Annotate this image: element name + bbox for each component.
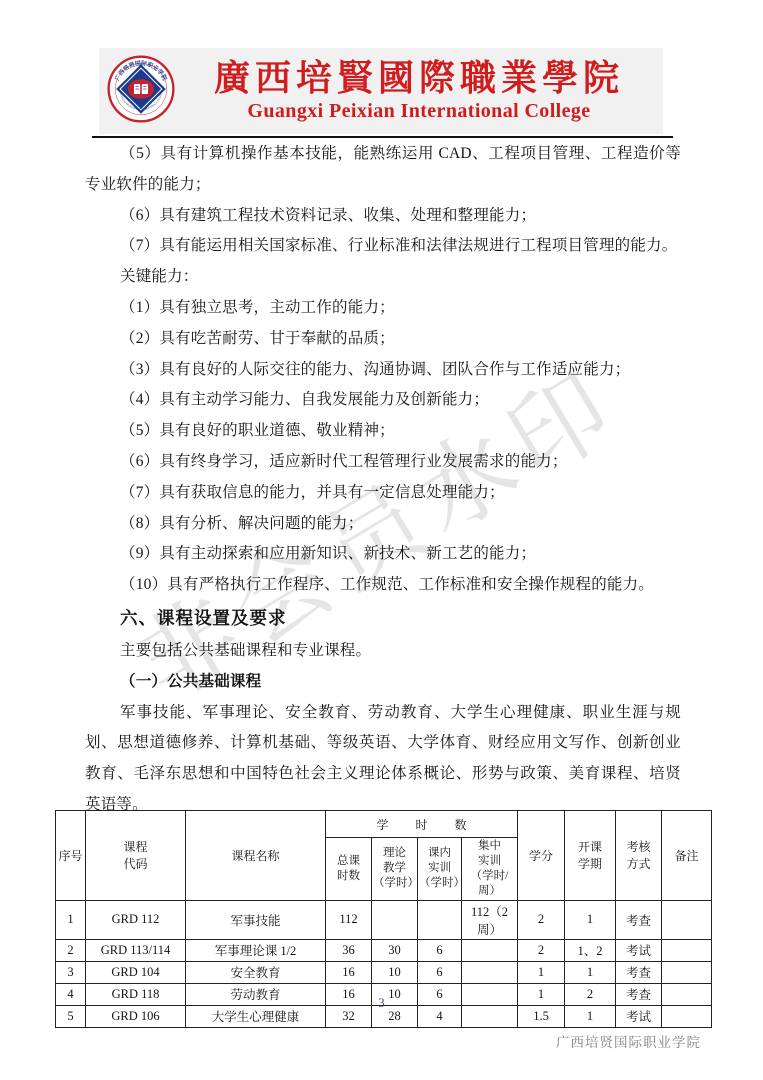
table-cell: 军事技能 xyxy=(186,900,326,939)
table-cell xyxy=(372,900,418,939)
table-cell: 10 xyxy=(372,961,418,983)
col-header-remarks: 备注 xyxy=(662,811,712,901)
table-cell: 2 xyxy=(518,939,565,961)
table-cell: GRD 113/114 xyxy=(86,939,186,961)
paragraph: （5）具有良好的职业道德、敬业精神； xyxy=(85,416,681,447)
body-text: （5）具有计算机操作基本技能，能熟练运用 CAD、工程项目管理、工程造价等专业软… xyxy=(85,139,681,852)
college-logo: 广西培贤国际职业学院 GUANGXI PEIXIAN INTERNATIONAL… xyxy=(107,55,175,128)
col-header-total-hours: 总课 时数 xyxy=(326,838,372,901)
col-header-concentrated-hours: 集中 实训 （学时/周） xyxy=(462,838,518,901)
table-cell: 112（2 周） xyxy=(462,900,518,939)
table-cell: 16 xyxy=(326,961,372,983)
paragraph: （9）具有主动探索和应用新知识、新技术、新工艺的能力； xyxy=(85,539,681,570)
paragraph: 主要包括公共基础课程和专业课程。 xyxy=(85,636,681,667)
paragraph: 六、课程设置及要求 xyxy=(85,601,681,636)
document-page: { "header": { "title_cn": "廣西培賢國際職業學院", … xyxy=(0,0,763,1080)
paragraph: （4）具有主动学习能力、自我发展能力及创新能力； xyxy=(85,385,681,416)
col-header-seq: 序号 xyxy=(56,811,86,901)
paragraph: （7）具有能运用相关国家标准、行业标准和法律法规进行工程项目管理的能力。 xyxy=(85,231,681,262)
paragraph: （一）公共基础课程 xyxy=(85,667,681,698)
paragraph: （8）具有分析、解决问题的能力； xyxy=(85,509,681,540)
paragraph: （6）具有建筑工程技术资料记录、收集、处理和整理能力； xyxy=(85,201,681,232)
paragraph: （7）具有获取信息的能力，并具有一定信息处理能力； xyxy=(85,478,681,509)
table-cell: 3 xyxy=(56,961,86,983)
table-cell: 6 xyxy=(418,939,462,961)
col-header-theory-hours: 理论 教学 （学时） xyxy=(372,838,418,901)
table-cell: 安全教育 xyxy=(186,961,326,983)
table-cell: 考查 xyxy=(616,961,662,983)
col-header-name: 课程名称 xyxy=(186,811,326,901)
table-cell: 112 xyxy=(326,900,372,939)
table-cell: GRD 104 xyxy=(86,961,186,983)
table-cell: 军事理论课 1/2 xyxy=(186,939,326,961)
table-cell xyxy=(662,961,712,983)
college-seal-icon: 广西培贤国际职业学院 GUANGXI PEIXIAN INTERNATIONAL… xyxy=(107,55,175,123)
table-cell xyxy=(662,900,712,939)
paragraph: （6）具有终身学习，适应新时代工程管理行业发展需求的能力； xyxy=(85,447,681,478)
table-row: 1GRD 112军事技能112112（2 周）21考查 xyxy=(56,900,712,939)
table-cell: GRD 112 xyxy=(86,900,186,939)
table-cell: 1 xyxy=(565,961,616,983)
paragraph: （2）具有吃苦耐劳、甘于奉献的品质； xyxy=(85,324,681,355)
paragraph: （10）具有严格执行工作程序、工作规范、工作标准和安全操作规程的能力。 xyxy=(85,570,681,601)
college-titles: 廣西培賢國際職業學院 Guangxi Peixian International… xyxy=(175,57,663,125)
paragraph: （3）具有良好的人际交往的能力、沟通协调、团队合作与工作适应能力； xyxy=(85,355,681,386)
col-header-assessment: 考核 方式 xyxy=(616,811,662,901)
table-cell: 1 xyxy=(565,900,616,939)
paragraph: 军事技能、军事理论、安全教育、劳动教育、大学生心理健康、职业生涯与规划、思想道德… xyxy=(85,698,681,821)
col-header-credits: 学分 xyxy=(518,811,565,901)
table-cell: 2 xyxy=(56,939,86,961)
table-cell: 1 xyxy=(56,900,86,939)
table-cell xyxy=(462,939,518,961)
col-header-hours-group: 学 时 数 xyxy=(326,811,518,838)
paragraph: （5）具有计算机操作基本技能，能熟练运用 CAD、工程项目管理、工程造价等专业软… xyxy=(85,139,681,201)
footer-institution: 广西培贤国际职业学院 xyxy=(556,1031,701,1051)
header-band: 广西培贤国际职业学院 GUANGXI PEIXIAN INTERNATIONAL… xyxy=(99,48,663,134)
col-header-code: 课程 代码 xyxy=(86,811,186,901)
table-row: 2GRD 113/114军事理论课 1/23630621、2考试 xyxy=(56,939,712,961)
table-row: 3GRD 104安全教育1610611考查 xyxy=(56,961,712,983)
table-cell: 2 xyxy=(518,900,565,939)
college-title-english: Guangxi Peixian International College xyxy=(175,99,663,123)
paragraph: （1）具有独立思考，主动工作的能力； xyxy=(85,293,681,324)
table-cell: 1、2 xyxy=(565,939,616,961)
header-divider xyxy=(92,136,673,138)
col-header-term: 开课 学期 xyxy=(565,811,616,901)
table-cell xyxy=(418,900,462,939)
table-cell: 考试 xyxy=(616,939,662,961)
col-header-inclass-hours: 课内 实训 （学时） xyxy=(418,838,462,901)
table-cell: 考查 xyxy=(616,900,662,939)
college-title-chinese: 廣西培賢國際職業學院 xyxy=(175,57,663,99)
paragraph: 关键能力： xyxy=(85,262,681,293)
table-cell xyxy=(462,961,518,983)
page-number: 3 xyxy=(0,996,763,1011)
table-cell xyxy=(662,939,712,961)
table-cell: 1 xyxy=(518,961,565,983)
table-cell: 6 xyxy=(418,961,462,983)
table-cell: 36 xyxy=(326,939,372,961)
table-cell: 30 xyxy=(372,939,418,961)
